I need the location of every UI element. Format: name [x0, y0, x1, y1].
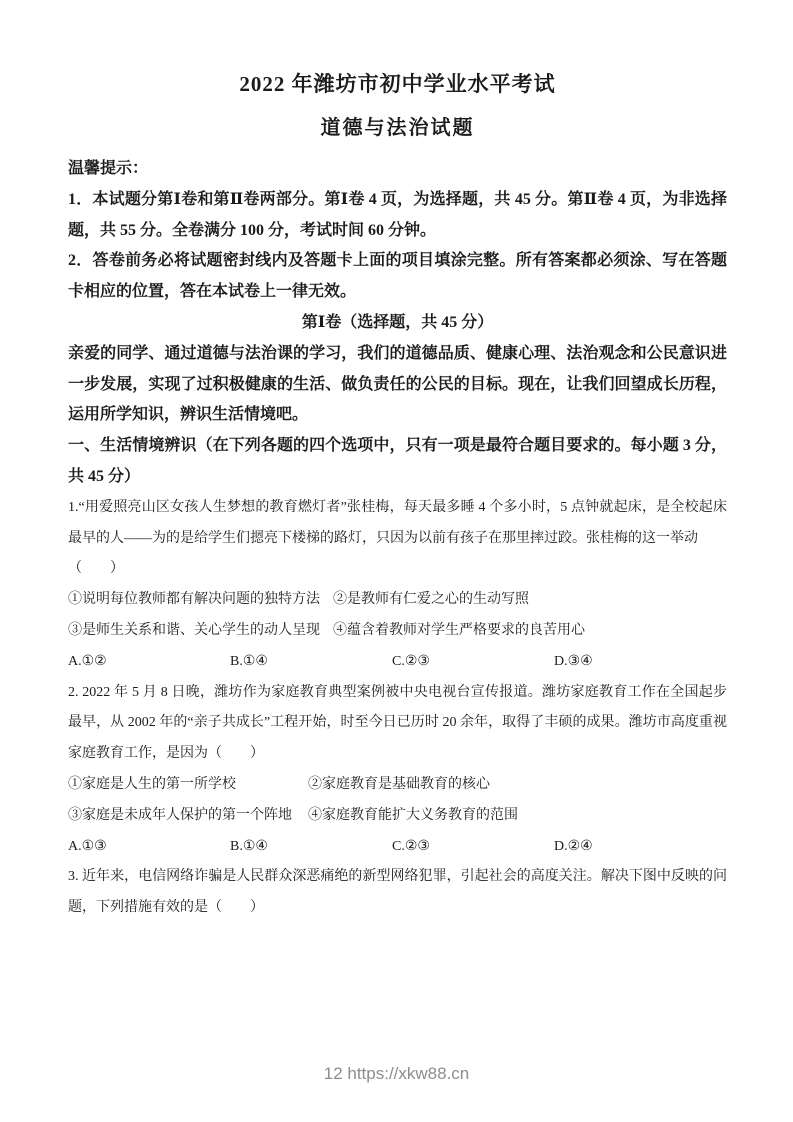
exam-subtitle: 道德与法治试题: [68, 114, 727, 142]
question-1-option-3: ③是师生关系和谐、关心学生的动人呈现: [68, 616, 333, 647]
page-footer-watermark: 12 https://xkw88.cn: [0, 1064, 793, 1084]
question-2: 2. 2022 年 5 月 8 日晚，潍坊作为家庭教育典型案例被中央电视台宣传报…: [68, 678, 727, 863]
question-2-option-2: ②家庭教育是基础教育的核心: [308, 770, 727, 801]
part1-heading: 第Ⅰ卷（选择题，共 45 分）: [68, 308, 727, 339]
question-2-options-row-2: ③家庭是未成年人保护的第一个阵地 ④家庭教育能扩大义务教育的范围: [68, 801, 727, 832]
question-1-choice-d: D.③④: [554, 647, 593, 678]
question-1-option-1: ①说明每位教师都有解决问题的独特方法: [68, 585, 333, 616]
question-3: 3. 近年来，电信网络诈骗是人民群众深恶痛绝的新型网络犯罪，引起社会的高度关注。…: [68, 862, 727, 924]
question-1-options-row-2: ③是师生关系和谐、关心学生的动人呈现 ④蕴含着教师对学生严格要求的良苦用心: [68, 616, 727, 647]
question-2-option-4: ④家庭教育能扩大义务教育的范围: [308, 801, 727, 832]
question-2-option-3: ③家庭是未成年人保护的第一个阵地: [68, 801, 308, 832]
question-2-choice-c: C.②③: [392, 832, 554, 863]
notice-label: 温馨提示：: [68, 154, 727, 185]
question-1-option-4: ④蕴含着教师对学生严格要求的良苦用心: [333, 616, 727, 647]
question-1-choices: A.①② B.①④ C.②③ D.③④: [68, 647, 727, 678]
question-1-choice-b: B.①④: [230, 647, 392, 678]
document-body: 2022 年潍坊市初中学业水平考试 道德与法治试题 温馨提示： 1．本试题分第Ⅰ…: [0, 0, 793, 924]
question-1-stem: 1.“用爱照亮山区女孩人生梦想的教育燃灯者”张桂梅，每天最多睡 4 个多小时，5…: [68, 493, 727, 555]
question-1-choice-a: A.①②: [68, 647, 230, 678]
question-1-answer-bracket: （ ）: [68, 554, 727, 585]
notice-item-1: 1．本试题分第Ⅰ卷和第Ⅱ卷两部分。第Ⅰ卷 4 页，为选择题，共 45 分。第Ⅱ卷…: [68, 185, 727, 247]
question-2-choice-d: D.②④: [554, 832, 593, 863]
question-1: 1.“用爱照亮山区女孩人生梦想的教育燃灯者”张桂梅，每天最多睡 4 个多小时，5…: [68, 493, 727, 678]
question-2-choices: A.①③ B.①④ C.②③ D.②④: [68, 832, 727, 863]
section1-heading: 一、生活情境辨识（在下列各题的四个选项中，只有一项是最符合题目要求的。每小题 3…: [68, 431, 727, 493]
question-2-choice-b: B.①④: [230, 832, 392, 863]
question-2-stem: 2. 2022 年 5 月 8 日晚，潍坊作为家庭教育典型案例被中央电视台宣传报…: [68, 678, 727, 770]
notice-item-2: 2．答卷前务必将试题密封线内及答题卡上面的项目填涂完整。所有答案都必须涂、写在答…: [68, 246, 727, 308]
part1-intro: 亲爱的同学、通过道德与法治课的学习，我们的道德品质、健康心理、法治观念和公民意识…: [68, 339, 727, 431]
question-2-options-row-1: ①家庭是人生的第一所学校 ②家庭教育是基础教育的核心: [68, 770, 727, 801]
question-1-option-2: ②是教师有仁爱之心的生动写照: [333, 585, 727, 616]
question-1-choice-c: C.②③: [392, 647, 554, 678]
question-3-stem: 3. 近年来，电信网络诈骗是人民群众深恶痛绝的新型网络犯罪，引起社会的高度关注。…: [68, 862, 727, 924]
question-2-choice-a: A.①③: [68, 832, 230, 863]
exam-title: 2022 年潍坊市初中学业水平考试: [68, 70, 727, 98]
question-1-options-row-1: ①说明每位教师都有解决问题的独特方法 ②是教师有仁爱之心的生动写照: [68, 585, 727, 616]
question-2-option-1: ①家庭是人生的第一所学校: [68, 770, 308, 801]
exam-paper-page: 2022 年潍坊市初中学业水平考试 道德与法治试题 温馨提示： 1．本试题分第Ⅰ…: [0, 0, 793, 1122]
